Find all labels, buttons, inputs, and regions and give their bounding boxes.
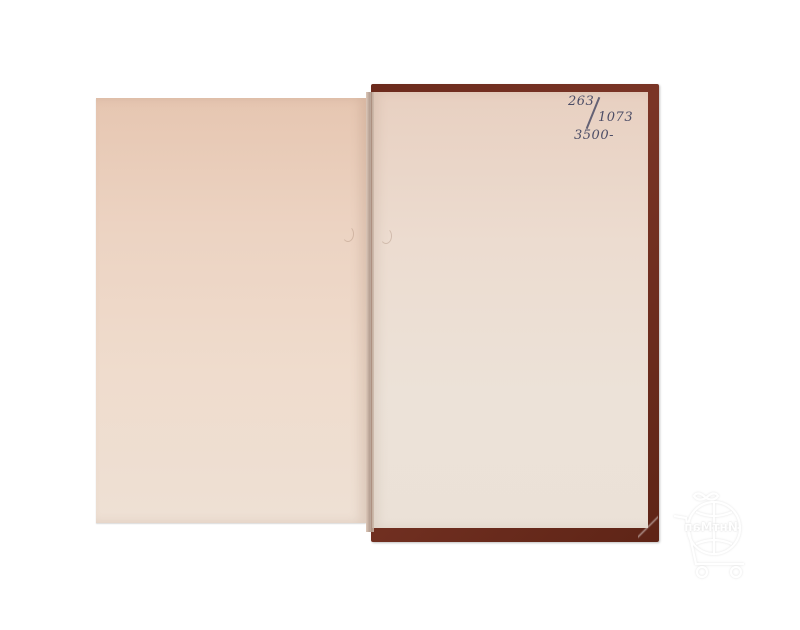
inventory-number-top: 263	[568, 94, 594, 109]
inventory-number-bottom: 1073	[598, 110, 633, 125]
watermark: ИнтМап	[672, 484, 762, 584]
book-spine-gutter	[366, 92, 374, 532]
paper-crease	[342, 226, 354, 242]
watermark-text: ИнтМап	[676, 520, 746, 534]
paper-crease	[380, 228, 392, 244]
shopping-cart-globe-gift-icon	[672, 484, 762, 584]
left-endpaper	[96, 98, 366, 523]
book-photo: 263 1073 3500- ИнтМап	[0, 0, 800, 630]
pencil-notes: 263 1073 3500-	[566, 90, 656, 160]
price-note: 3500-	[574, 128, 614, 143]
